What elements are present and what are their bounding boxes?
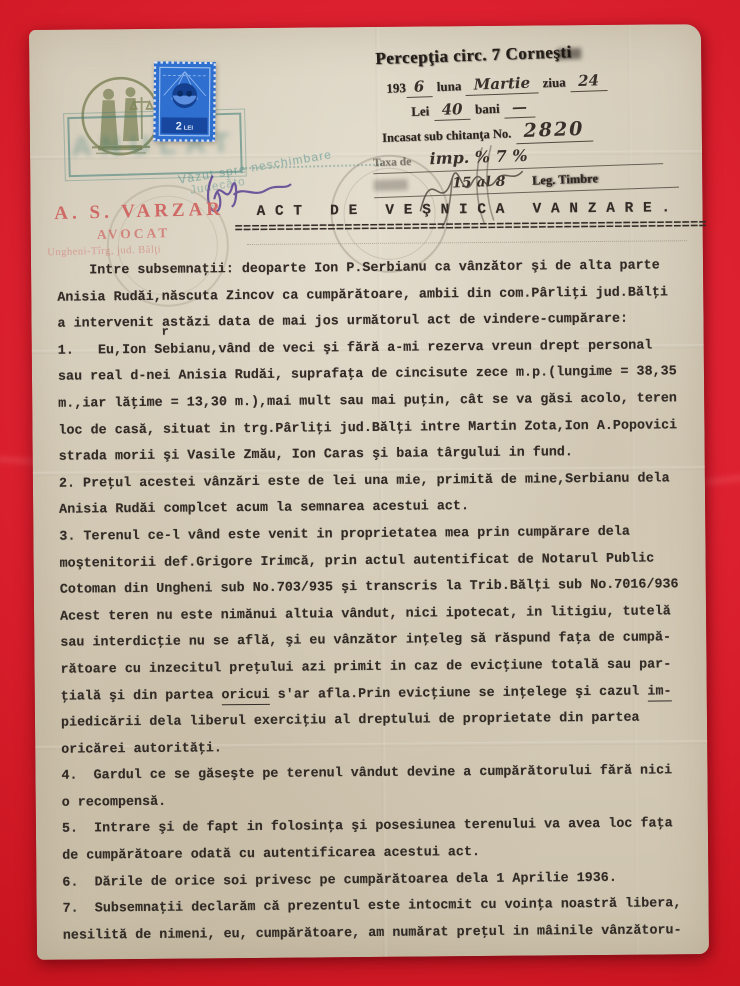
text-segment: de cumpărătoare odată cu autentificarea … [62,845,480,864]
text-segment: sau interdicţie nu se află, şi eu vânzăt… [60,631,671,651]
title-dotted-line [247,240,687,245]
handwritten-day: 24 [570,71,608,92]
receipt-header-text: Percepţia circ. 7 Corneşti [375,42,572,68]
receipt-date-row: 1936 luna Martie ziua 24 [386,71,607,98]
handwritten-month: Martie [465,73,538,96]
text-segment: strada morii şi Vasile Zmău, Ion Caras ş… [59,445,573,464]
printed-leg-timbre: Leg. Timbre [532,171,598,187]
body-line: nesilită de nimeni, eu, cumpărătoare, am… [63,918,715,950]
letterhead: A. S. VARZAR AVOCAT Ungheni-Tîrg, jud. B… [46,199,225,259]
document-body: Intre subsemnaţii: deoparte Ion P.Serbia… [57,253,715,950]
text-segment: Cotoman din Ungheni sub No.703/935 şi tr… [60,577,679,597]
printed-bani: bani [475,101,500,117]
text-segment: a intervenit astăzi data de mai jos urmă… [57,312,628,332]
printed-lei: Lei [411,103,430,119]
text-segment: m.,iar lăţime = 13,30 m.),mai mult sau m… [58,391,677,411]
underlined-text: oricui [221,687,269,704]
printed-ziua: ziua [542,74,566,90]
handwritten-year: 6 [406,77,433,98]
text-segment: Anisia Rudăi,născuta Zincov ca cumpărăto… [57,285,668,305]
text-segment: 6. Dările de orice soi privesc pe cumpăr… [62,871,617,891]
receipt-header: Percepţia circ. 7 Corneşti [375,42,582,69]
text-segment: s'ar afla.Prin evicţiune se inţelege şi … [270,684,648,702]
text-segment: rătoare cu inzecitul preţului azi primit… [60,657,671,677]
aviator-postage-stamp: 2LEI [153,61,216,142]
handwritten-bani: — [504,98,536,119]
document-paper: ANULAT 2LEI Văzut spre neschimbare Judec… [29,24,709,960]
text-segment: nesilită de nimeni, eu, cumpărătoare, am… [63,923,682,943]
text-segment: loc de casă, situat in trg.Pârliţi jud.B… [58,418,677,438]
handwritten-lei: 40 [433,100,471,121]
text-segment: Anisia Rudăi complcet acum la semnarea a… [59,499,469,518]
text-segment: piedicării dela liberul exerciţiu al dre… [61,711,640,731]
text-segment: 4. Gardul ce se găseşte pe terenul vându… [61,764,672,784]
ink-smear [558,47,582,59]
text-segment: Acest teren nu este nimănui altuia vându… [60,604,671,624]
text-segment: 1. Eu,Ion Sebianu,vând de veci şi fără a… [58,338,653,358]
photo-of-document: { "photo": { "background_color": "#de213… [0,0,740,986]
text-segment: 5. Intrare şi de fapt in folosinţa şi po… [62,817,673,837]
text-segment: o recompensă. [62,795,167,811]
text-segment: sau real d-nei Anisia Rudăi, suprafaţa d… [58,365,677,385]
document-title: A C T D E V E Ş N I C A V A N Z A R E . [256,200,670,220]
text-segment: 7. Subsemnaţii declarăm că prezentul est… [63,897,682,917]
body-line: 4. Gardul ce se găseşte pe terenul vându… [61,758,713,790]
text-segment: ţială şi din partea [61,688,222,704]
text-segment: 2. Preţul acestei vânzări este de lei un… [59,471,670,491]
text-segment: oricărei autorităţi. [61,741,222,757]
underlined-text: im- [647,684,671,701]
printed-luna: luna [436,78,461,94]
title-underline: ========================================… [235,218,708,237]
printed-year-prefix: 193 [386,80,406,96]
handwritten-receipt-number: 2820 [515,118,593,145]
text-segment: 3. Terenul ce-l vând este venit in propr… [59,525,630,545]
letterhead-name: A. S. VARZAR [54,199,224,225]
receipt-amount-row: Lei 40 bani — [411,98,535,121]
text-segment: Intre subsemnaţii: deoparte Ion P.Serbia… [57,258,660,278]
body-line: piedicării dela liberul exerciţiu al dre… [61,705,713,737]
text-segment: moştenitorii def.Grigore Irimcă, prin ac… [60,551,655,571]
letterhead-title: AVOCAT [97,224,225,243]
